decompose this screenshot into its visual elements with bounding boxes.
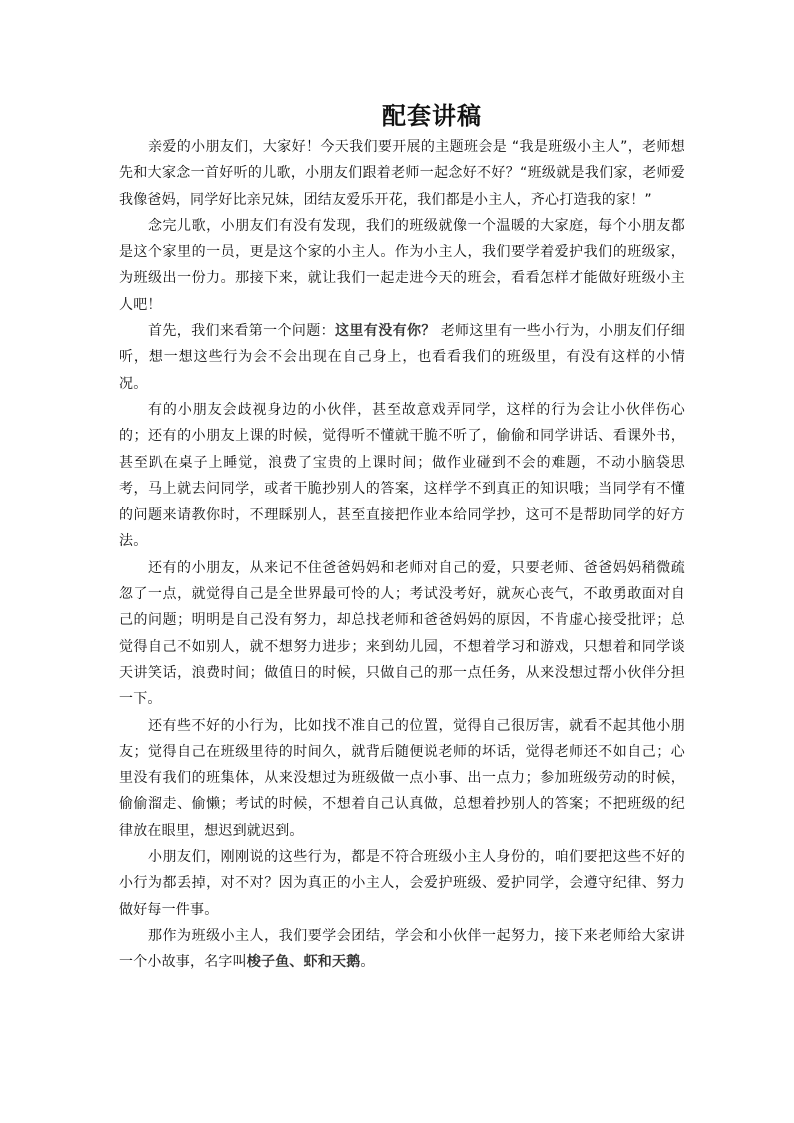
paragraph-text: 首先，我们来看第一个问题： <box>148 323 335 339</box>
paragraph-greeting: 亲爱的小朋友们，大家好！今天我们要开展的主题班会是 “我是班级小主人”，老师想先… <box>119 134 685 213</box>
document-title: 配套讲稿 <box>179 98 685 134</box>
paragraph-behaviors-2: 还有的小朋友，从来记不住爸爸妈妈和老师对自己的爱，只要老师、爸爸妈妈稍微疏忽了一… <box>119 555 685 713</box>
highlighted-question: 这里有没有你？ <box>335 323 436 339</box>
paragraph-behaviors-3: 还有些不好的小行为，比如找不准自己的位置，觉得自己很厉害，就看不起其他小朋友；觉… <box>119 713 685 844</box>
paragraph-first-question: 首先，我们来看第一个问题：这里有没有你？ 老师这里有一些小行为，小朋友们仔细听，… <box>119 318 685 397</box>
paragraph-behaviors-1: 有的小朋友会歧视身边的小伙伴，甚至故意戏弄同学，这样的行为会让小伙伴伤心的；还有… <box>119 397 685 555</box>
highlighted-story-title: 梭子鱼、虾和天鹅 <box>247 954 361 970</box>
document-page: 配套讲稿 亲爱的小朋友们，大家好！今天我们要开展的主题班会是 “我是班级小主人”… <box>119 98 685 976</box>
paragraph-summary: 小朋友们，刚刚说的这些行为，都是不符合班级小主人身份的，咱们要把这些不好的小行为… <box>119 844 685 923</box>
paragraph-intro: 念完儿歌，小朋友们有没有发现，我们的班级就像一个温暖的大家庭，每个小朋友都是这个… <box>119 213 685 318</box>
paragraph-story-intro: 那作为班级小主人，我们要学会团结，学会和小伙伴一起努力，接下来老师给大家讲一个小… <box>119 923 685 976</box>
paragraph-text: 那作为班级小主人，我们要学会团结，学会和小伙伴一起努力，接下来老师给大家讲一个小… <box>119 928 685 970</box>
paragraph-text: 。 <box>360 954 374 970</box>
